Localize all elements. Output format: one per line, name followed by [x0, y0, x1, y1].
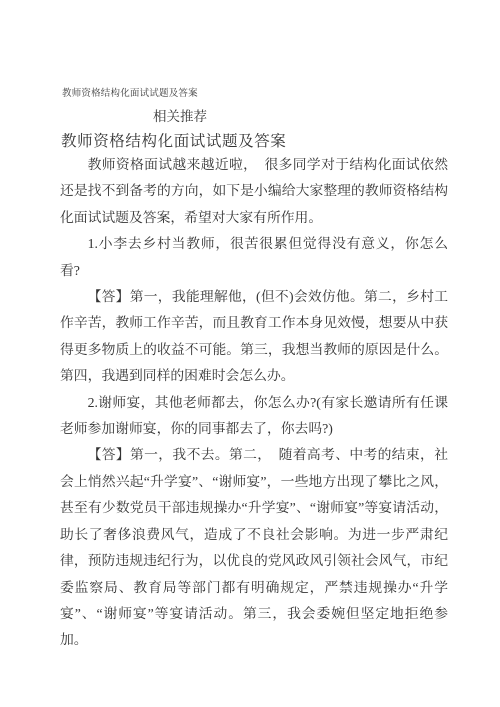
related-recommend-label: 相关推荐: [153, 105, 207, 125]
answer-1: 【答】第一，我能理解他，(但不)会效仿他。第二，乡村工作辛苦，教师工作辛苦，而且…: [60, 284, 448, 390]
document-body: 教师资格面试越来越近啦， 很多同学对于结构化面试依然还是找不到备考的方向，如下是…: [60, 152, 448, 654]
document-page: 教师资格结构化面试试题及答案 相关推荐 教师资格结构化面试试题及答案 教师资格面…: [0, 0, 500, 707]
document-title: 教师资格结构化面试试题及答案: [61, 129, 286, 151]
document-header-line: 教师资格结构化面试试题及答案: [62, 85, 198, 99]
question-1: 1.小李去乡村当教师，很苦很累但觉得没有意义，你怎么看?: [60, 231, 448, 284]
question-2: 2.谢师宴，其他老师都去，你怎么办?(有家长邀请所有任课老师参加谢师宴，你的同事…: [60, 390, 448, 443]
answer-2: 【答】第一，我不去。第二， 随着高考、中考的结束，社会上悄然兴起“升学宴”、“谢…: [60, 442, 448, 653]
intro-paragraph: 教师资格面试越来越近啦， 很多同学对于结构化面试依然还是找不到备考的方向，如下是…: [60, 152, 448, 231]
